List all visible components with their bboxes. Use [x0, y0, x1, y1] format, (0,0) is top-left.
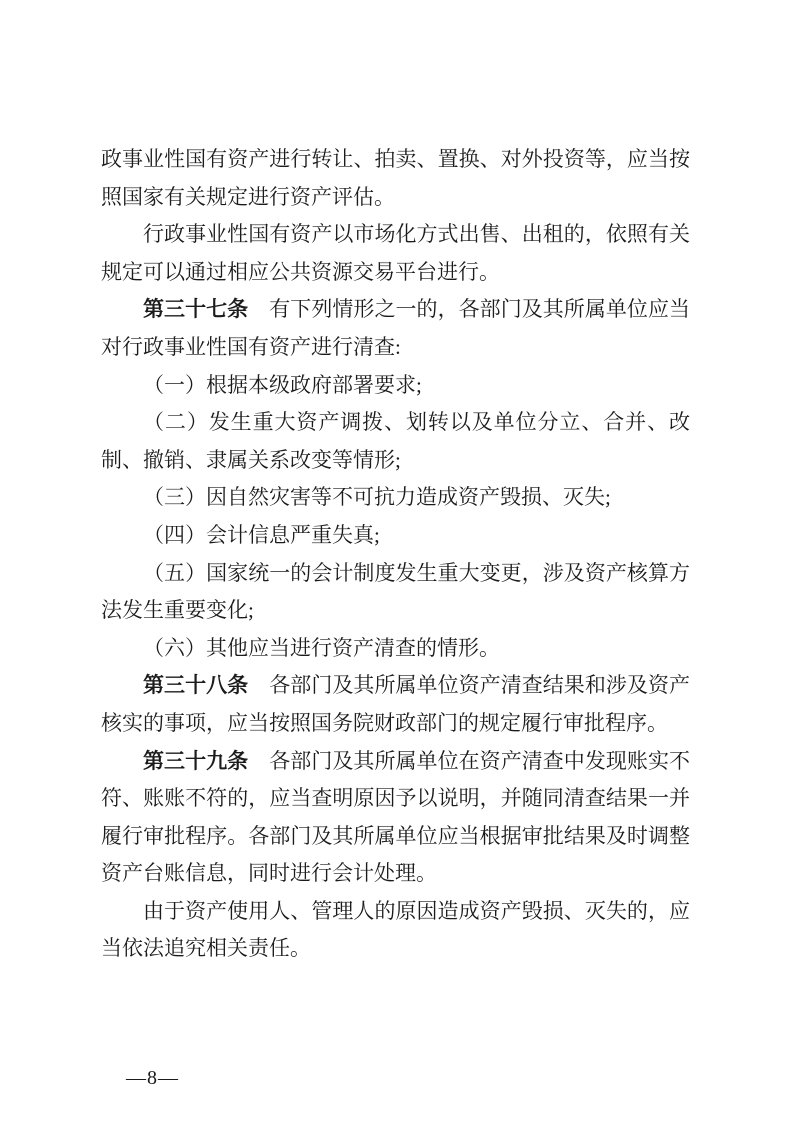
paragraph-text: （二）发生重大资产调拨、划转以及单位分立、合并、改制、撤销、隶属关系改变等情形;: [101, 410, 690, 472]
document-paragraph: （四）会计信息严重失真;: [101, 517, 690, 555]
paragraph-text: （四）会计信息严重失真;: [143, 523, 380, 547]
paragraph-text: 由于资产使用人、管理人的原因造成资产毁损、灭失的，应当依法追究相关责任。: [101, 899, 690, 961]
article-number-label: 第三十九条: [143, 750, 248, 773]
paragraph-text: （五）国家统一的会计制度发生重大变更，涉及资产核算方法发生重要变化;: [101, 561, 690, 623]
document-paragraph: （六）其他应当进行资产清查的情形。: [101, 630, 690, 668]
page-footer: —8—: [126, 1064, 179, 1092]
document-paragraph: 第三十七条 有下列情形之一的，各部门及其所属单位应当对行政事业性国有资产进行清查…: [101, 291, 690, 366]
paragraph-text: （一）根据本级政府部署要求;: [143, 373, 422, 397]
document-paragraph: （一）根据本级政府部署要求;: [101, 367, 690, 405]
paragraph-text: 政事业性国有资产进行转让、拍卖、置换、对外投资等，应当按照国家有关规定进行资产评…: [101, 147, 690, 209]
document-paragraph: 政事业性国有资产进行转让、拍卖、置换、对外投资等，应当按照国家有关规定进行资产评…: [101, 141, 690, 216]
article-number-label: 第三十七条: [143, 298, 248, 321]
article-number-label: 第三十八条: [143, 674, 248, 697]
document-page: 政事业性国有资产进行转让、拍卖、置换、对外投资等，应当按照国家有关规定进行资产评…: [0, 0, 793, 1122]
document-paragraph: 第三十八条 各部门及其所属单位资产清查结果和涉及资产核实的事项，应当按照国务院财…: [101, 667, 690, 742]
document-paragraph: 由于资产使用人、管理人的原因造成资产毁损、灭失的，应当依法追究相关责任。: [101, 893, 690, 968]
page-number: —8—: [126, 1067, 179, 1089]
document-paragraph: 行政事业性国有资产以市场化方式出售、出租的，依照有关规定可以通过相应公共资源交易…: [101, 216, 690, 291]
document-paragraph: （三）因自然灾害等不可抗力造成资产毁损、灭失;: [101, 479, 690, 517]
document-paragraph: 第三十九条 各部门及其所属单位在资产清查中发现账实不符、账账不符的，应当查明原因…: [101, 743, 690, 893]
document-paragraph: （五）国家统一的会计制度发生重大变更，涉及资产核算方法发生重要变化;: [101, 555, 690, 630]
document-paragraph: （二）发生重大资产调拨、划转以及单位分立、合并、改制、撤销、隶属关系改变等情形;: [101, 404, 690, 479]
document-body: 政事业性国有资产进行转让、拍卖、置换、对外投资等，应当按照国家有关规定进行资产评…: [101, 141, 690, 968]
paragraph-text: （三）因自然灾害等不可抗力造成资产毁损、灭失;: [143, 485, 611, 509]
paragraph-text: （六）其他应当进行资产清查的情形。: [143, 636, 500, 660]
paragraph-text: 行政事业性国有资产以市场化方式出售、出租的，依照有关规定可以通过相应公共资源交易…: [101, 222, 690, 284]
